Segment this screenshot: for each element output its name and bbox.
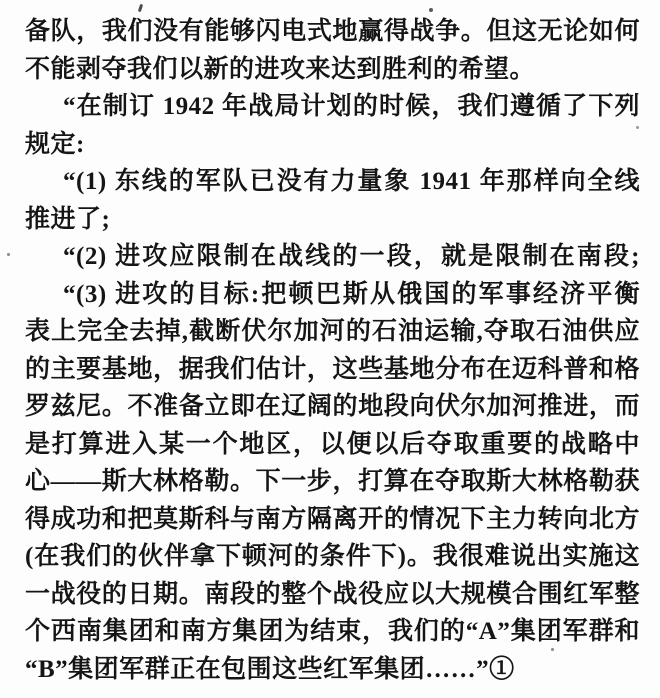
text-block: 备队，我们没有能够闪电式地赢得战争。但这无论如何不能剥夺我们以新的进攻来达到胜利… — [25, 13, 640, 688]
text-line-10: 的主要基地，据我们估计，这些基地分布在迈科普和格 — [25, 351, 640, 389]
text-line-18: “B”集团军群正在包围这些红军集团……”① — [25, 651, 640, 689]
text-line-6: 推进了; — [25, 201, 640, 239]
text-line-14: 得成功和把莫斯科与南方隔离开的情况下主力转向北方 — [25, 501, 640, 539]
text-line-4: 规定: — [25, 126, 640, 164]
text-line-7: “(2) 进攻应限制在战线的一段，就是限制在南段; — [25, 238, 640, 276]
text-line-9: 表上完全去掉,截断伏尔加河的石油运输,夺取石油供应 — [25, 313, 640, 351]
text-line-2: 不能剥夺我们以新的进攻来达到胜利的希望。 — [25, 51, 640, 89]
scan-speck — [7, 253, 10, 256]
text-line-12: 是打算进入某一个地区，以便以后夺取重要的战略中 — [25, 426, 640, 464]
text-line-17: 个西南集团和南方集团为结束，我们的“A”集团军群和 — [25, 613, 640, 651]
text-line-13: 心——斯大林格勒。下一步，打算在夺取斯大林格勒获 — [25, 463, 640, 501]
text-line-3: “在制订 1942 年战局计划的时候，我们遵循了下列 — [25, 88, 640, 126]
text-line-15: (在我们的伙伴拿下顿河的条件下)。我很难说出实施这 — [25, 538, 640, 576]
text-line-8: “(3) 进攻的目标:把顿巴斯从俄国的军事经济平衡 — [25, 276, 640, 314]
text-line-5: “(1) 东线的军队已没有力量象 1941 年那样向全线 — [25, 163, 640, 201]
text-line-1: 备队，我们没有能够闪电式地赢得战争。但这无论如何 — [25, 13, 640, 51]
scan-speck — [138, 4, 143, 13]
book-page: 备队，我们没有能够闪电式地赢得战争。但这无论如何不能剥夺我们以新的进攻来达到胜利… — [0, 0, 660, 698]
text-line-11: 罗兹尼。不准备立即在辽阔的地段向伏尔加河推进，而 — [25, 388, 640, 426]
text-line-16: 一战役的日期。南段的整个战役应以大规模合围红军整 — [25, 576, 640, 614]
scan-speck — [429, 8, 433, 12]
